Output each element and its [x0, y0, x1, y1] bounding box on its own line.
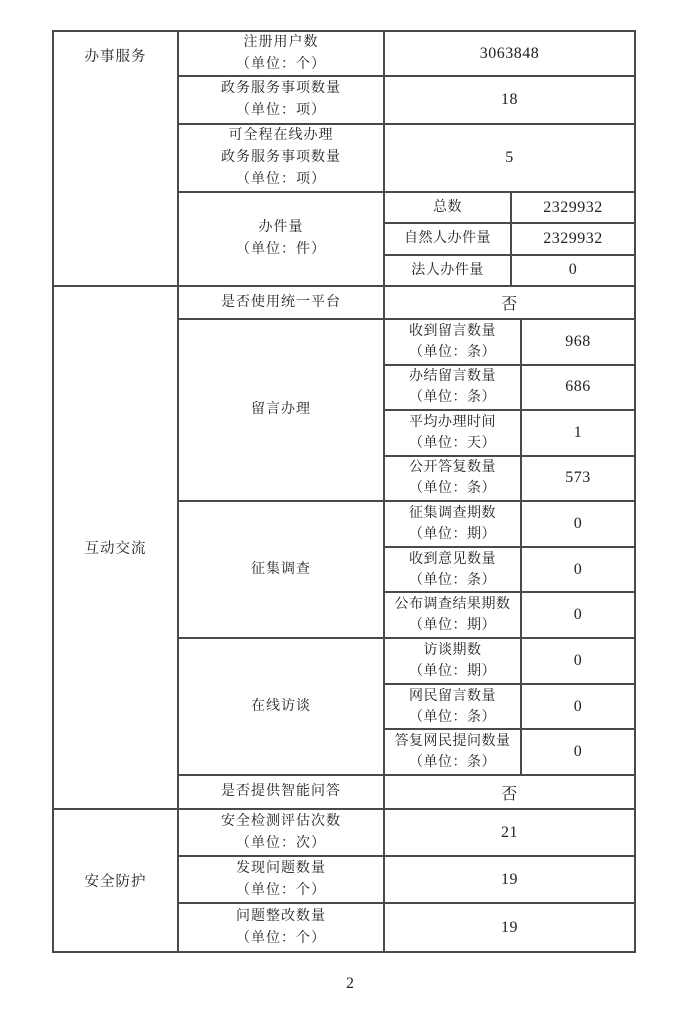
table-row-group: 留言办理 收到留言数量 （单位：条） 968 办结留言数量 （单位：条） 686… [179, 320, 634, 502]
table-row: 注册用户数 （单位：个） 3063848 [179, 32, 634, 77]
metric-label: 法人办件量 [385, 256, 512, 285]
table-row-group: 征集调查 征集调查期数 （单位：期） 0 收到意见数量 （单位：条） 0 公布调… [179, 502, 634, 639]
metric-value: 0 [522, 730, 634, 774]
section-security: 安全防护 安全检测评估次数 （单位：次） 21 发现问题数量 （单位：个） 19… [54, 810, 634, 951]
table-row: 安全检测评估次数 （单位：次） 21 [179, 810, 634, 857]
metric-value: 0 [512, 256, 634, 285]
metric-label: 收到留言数量 （单位：条） [385, 320, 522, 364]
metric-value: 5 [385, 125, 634, 191]
table-subrow: 收到留言数量 （单位：条） 968 [385, 320, 634, 366]
metric-label: 平均办理时间 （单位：天） [385, 411, 522, 455]
section-interaction: 互动交流 是否使用统一平台 否 留言办理 收到留言数量 （单位：条） 968 办… [54, 287, 634, 810]
metric-label: 问题整改数量 （单位：个） [179, 904, 385, 951]
metric-group-label: 办件量 （单位：件） [179, 193, 385, 285]
metric-value: 1 [522, 411, 634, 455]
metric-label: 是否提供智能问答 [179, 776, 385, 808]
metric-label: 政务服务事项数量 （单位：项） [179, 77, 385, 123]
metric-label: 访谈期数 （单位：期） [385, 639, 522, 683]
metric-group-label: 留言办理 [179, 320, 385, 500]
metric-value: 否 [385, 776, 634, 808]
metric-value: 3063848 [385, 32, 634, 75]
table-subrow: 答复网民提问数量 （单位：条） 0 [385, 730, 634, 774]
subrow-list: 收到留言数量 （单位：条） 968 办结留言数量 （单位：条） 686 平均办理… [385, 320, 634, 500]
metric-value: 0 [522, 639, 634, 683]
section-body: 安全检测评估次数 （单位：次） 21 发现问题数量 （单位：个） 19 问题整改… [179, 810, 634, 951]
table-subrow: 收到意见数量 （单位：条） 0 [385, 548, 634, 594]
metric-label: 注册用户数 （单位：个） [179, 32, 385, 75]
metric-value: 19 [385, 904, 634, 951]
table-subrow: 法人办件量 0 [385, 256, 634, 285]
metric-value: 968 [522, 320, 634, 364]
metric-label: 公开答复数量 （单位：条） [385, 457, 522, 501]
subrow-list: 征集调查期数 （单位：期） 0 收到意见数量 （单位：条） 0 公布调查结果期数… [385, 502, 634, 637]
table-row-group: 办件量 （单位：件） 总数 2329932 自然人办件量 2329932 法人办… [179, 193, 634, 285]
table-subrow: 网民留言数量 （单位：条） 0 [385, 685, 634, 731]
metric-value: 18 [385, 77, 634, 123]
metric-value: 19 [385, 857, 634, 902]
table-row: 是否提供智能问答 否 [179, 776, 634, 808]
table-row: 政务服务事项数量 （单位：项） 18 [179, 77, 634, 125]
metric-value: 2329932 [512, 193, 634, 222]
metric-value: 0 [522, 548, 634, 592]
metric-label: 总数 [385, 193, 512, 222]
metric-value: 0 [522, 593, 634, 637]
annual-report-table: 办事服务 注册用户数 （单位：个） 3063848 政务服务事项数量 （单位：项… [52, 30, 636, 953]
metric-label: 公布调查结果期数 （单位：期） [385, 593, 522, 637]
table-subrow: 征集调查期数 （单位：期） 0 [385, 502, 634, 548]
metric-label: 自然人办件量 [385, 224, 512, 253]
metric-label: 发现问题数量 （单位：个） [179, 857, 385, 902]
section-title: 安全防护 [54, 810, 179, 951]
metric-label: 网民留言数量 （单位：条） [385, 685, 522, 729]
page-number: 2 [0, 975, 700, 993]
section-title: 办事服务 [54, 32, 179, 285]
metric-label: 征集调查期数 （单位：期） [385, 502, 522, 546]
subrow-list: 访谈期数 （单位：期） 0 网民留言数量 （单位：条） 0 答复网民提问数量 （… [385, 639, 634, 774]
metric-label: 收到意见数量 （单位：条） [385, 548, 522, 592]
metric-label: 答复网民提问数量 （单位：条） [385, 730, 522, 774]
metric-label: 安全检测评估次数 （单位：次） [179, 810, 385, 855]
section-body: 注册用户数 （单位：个） 3063848 政务服务事项数量 （单位：项） 18 … [179, 32, 634, 285]
metric-value: 否 [385, 287, 634, 318]
metric-label: 办结留言数量 （单位：条） [385, 366, 522, 410]
metric-value: 0 [522, 685, 634, 729]
metric-group-label: 征集调查 [179, 502, 385, 637]
table-subrow: 公布调查结果期数 （单位：期） 0 [385, 593, 634, 637]
metric-value: 2329932 [512, 224, 634, 253]
table-subrow: 平均办理时间 （单位：天） 1 [385, 411, 634, 457]
metric-value: 21 [385, 810, 634, 855]
section-title: 互动交流 [54, 287, 179, 808]
section-body: 是否使用统一平台 否 留言办理 收到留言数量 （单位：条） 968 办结留言数量… [179, 287, 634, 808]
section-office-services: 办事服务 注册用户数 （单位：个） 3063848 政务服务事项数量 （单位：项… [54, 32, 634, 287]
subrow-list: 总数 2329932 自然人办件量 2329932 法人办件量 0 [385, 193, 634, 285]
table-subrow: 办结留言数量 （单位：条） 686 [385, 366, 634, 412]
table-subrow: 自然人办件量 2329932 [385, 224, 634, 255]
table-row: 可全程在线办理 政务服务事项数量 （单位：项） 5 [179, 125, 634, 193]
metric-value: 0 [522, 502, 634, 546]
table-subrow: 访谈期数 （单位：期） 0 [385, 639, 634, 685]
table-subrow: 总数 2329932 [385, 193, 634, 224]
metric-label: 可全程在线办理 政务服务事项数量 （单位：项） [179, 125, 385, 191]
metric-value: 686 [522, 366, 634, 410]
table-row: 是否使用统一平台 否 [179, 287, 634, 320]
table-subrow: 公开答复数量 （单位：条） 573 [385, 457, 634, 501]
metric-label: 是否使用统一平台 [179, 287, 385, 318]
metric-value: 573 [522, 457, 634, 501]
metric-group-label: 在线访谈 [179, 639, 385, 774]
table-row-group: 在线访谈 访谈期数 （单位：期） 0 网民留言数量 （单位：条） 0 答复网民提… [179, 639, 634, 776]
table-row: 发现问题数量 （单位：个） 19 [179, 857, 634, 904]
table-row: 问题整改数量 （单位：个） 19 [179, 904, 634, 951]
